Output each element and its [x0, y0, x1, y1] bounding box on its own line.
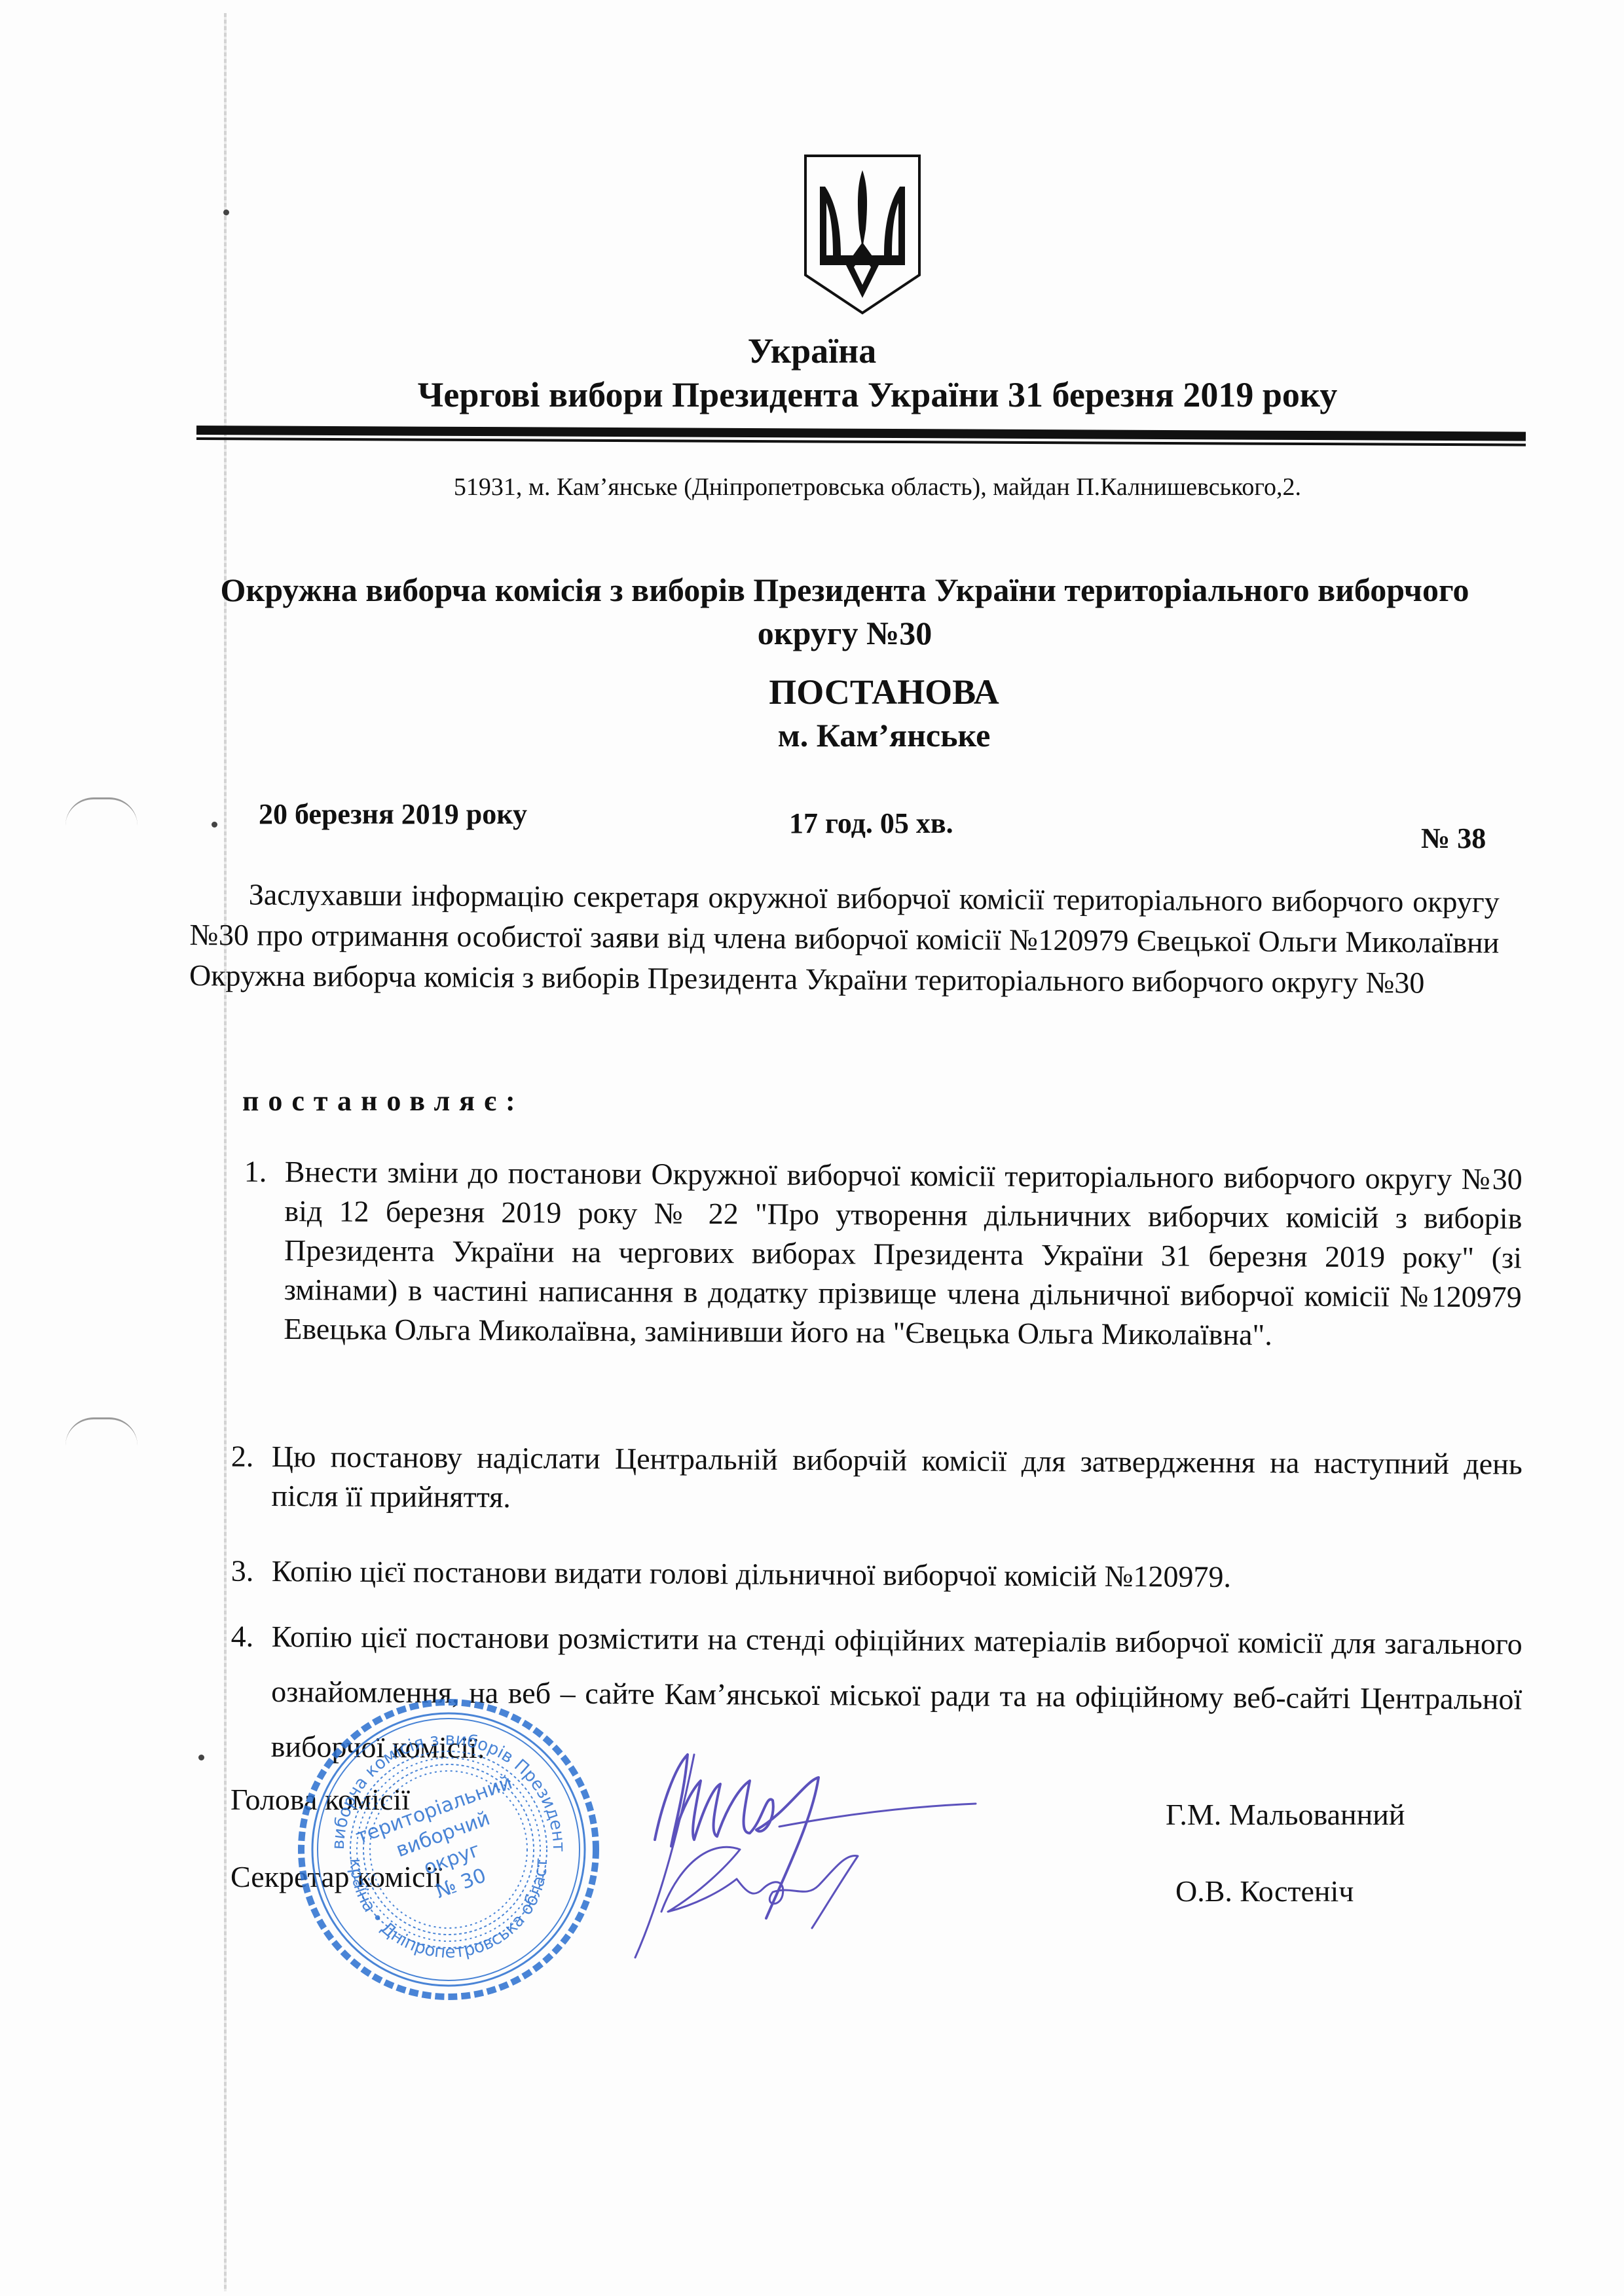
scan-speck	[223, 210, 229, 215]
item-text: Копію цієї постанови розмістити на стенд…	[271, 1620, 1522, 1764]
resolution-item: 4. Копію цієї постанови розмістити на ст…	[270, 1609, 1522, 1782]
resolution-item: 2. Цю постанову надіслати Центральній ви…	[271, 1437, 1522, 1523]
commission-name: Окружна виборча комісія з виборів Презид…	[196, 568, 1493, 655]
document-date: 20 березня 2019 року	[259, 797, 527, 831]
head-name: Г.М. Мальованний	[1166, 1797, 1405, 1832]
preamble-paragraph: Заслухавши інформацію секретаря окружної…	[189, 874, 1500, 1004]
document-time: 17 год. 05 хв.	[789, 807, 953, 840]
item-number: 1.	[244, 1152, 267, 1192]
commission-address: 51931, м. Кам’янське (Дніпропетровська о…	[367, 473, 1388, 501]
document-city: м. Кам’янське	[524, 716, 1244, 754]
item-number: 4.	[231, 1609, 253, 1664]
scan-speck	[212, 822, 217, 828]
item-number: 3.	[231, 1552, 254, 1591]
preamble-text: Заслухавши інформацію секретаря окружної…	[189, 878, 1500, 1000]
item-text: Цю постанову надіслати Центральній вибор…	[271, 1440, 1522, 1514]
trident-coat-of-arms-icon	[800, 151, 925, 318]
secretary-name: О.В. Костеніч	[1175, 1874, 1354, 1908]
resolution-item: 3. Копію цієї постанови видати голові ді…	[272, 1552, 1522, 1599]
item-text: Внести зміни до постанови Окружної вибор…	[284, 1155, 1522, 1351]
secretary-label: Секретар комісії	[231, 1859, 442, 1894]
resolves-label: постановляє:	[242, 1084, 525, 1118]
document-type: ПОСТАНОВА	[524, 672, 1244, 712]
item-number: 2.	[231, 1437, 254, 1476]
scan-speck	[198, 1755, 204, 1760]
country-title: Україна	[0, 331, 1624, 371]
resolution-item: 1. Внести зміни до постанови Окружної ви…	[284, 1152, 1522, 1357]
election-title: Чергові вибори Президента України 31 бер…	[367, 374, 1388, 415]
hole-punch-mark	[65, 797, 138, 826]
document-number: № 38	[1421, 822, 1486, 855]
hole-punch-mark	[65, 1417, 138, 1446]
head-label: Голова комісії	[231, 1782, 410, 1817]
item-text: Копію цієї постанови видати голові дільн…	[272, 1554, 1231, 1594]
handwritten-signatures	[622, 1741, 1028, 1990]
